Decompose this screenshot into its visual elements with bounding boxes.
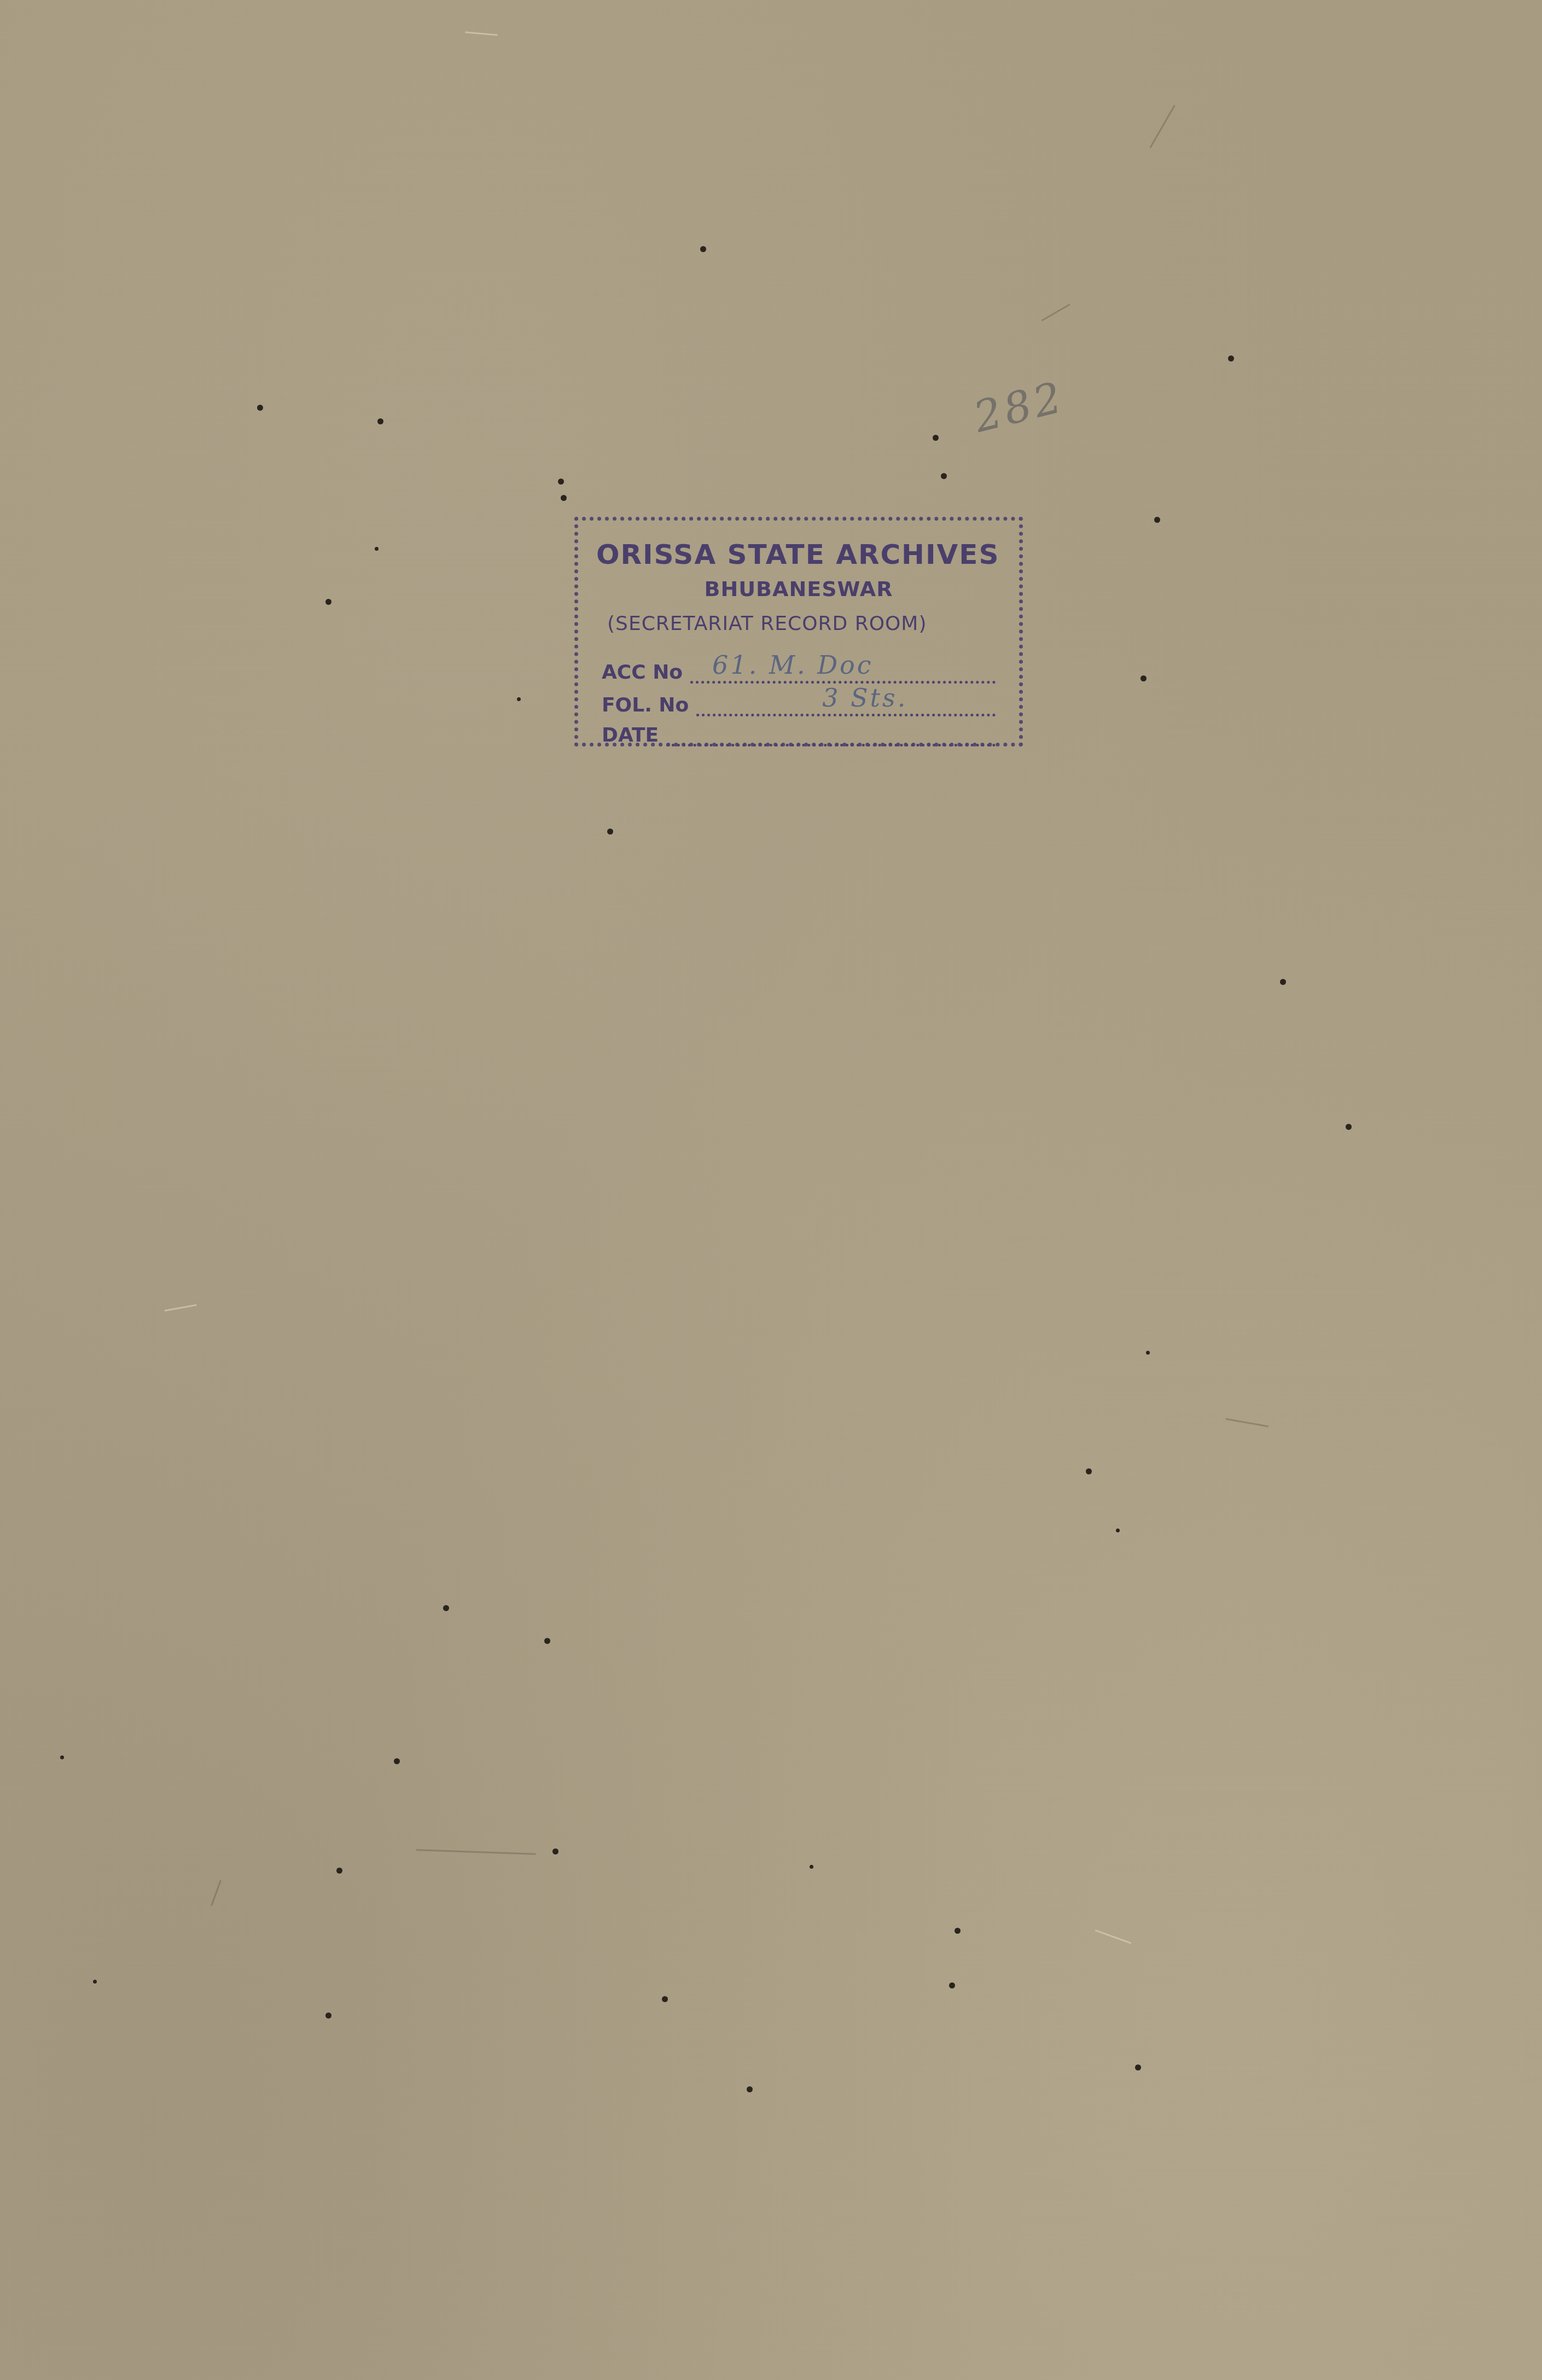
field-label: ACC No <box>602 661 683 684</box>
stamp-field-acc-no: ACC No 61. M. Doc <box>602 651 996 684</box>
paper-background <box>0 0 1542 2380</box>
field-line: 61. M. Doc <box>690 657 996 684</box>
field-value: 3 Sts. <box>822 683 907 713</box>
field-value: 61. M. Doc <box>712 650 873 680</box>
stamp-city: BHUBANESWAR <box>574 577 1023 601</box>
archive-stamp: ORISSA STATE ARCHIVES BHUBANESWAR (SECRE… <box>574 517 1023 746</box>
stamp-field-date: DATE <box>602 714 996 746</box>
field-line <box>666 720 996 746</box>
field-label: FOL. No <box>602 694 689 716</box>
stamp-department: (SECRETARIAT RECORD ROOM) <box>607 612 927 635</box>
stamp-field-fol-no: FOL. No 3 Sts. <box>602 684 996 716</box>
field-line: 3 Sts. <box>696 690 996 716</box>
stamp-title: ORISSA STATE ARCHIVES <box>596 539 999 570</box>
field-label: DATE <box>602 724 659 746</box>
